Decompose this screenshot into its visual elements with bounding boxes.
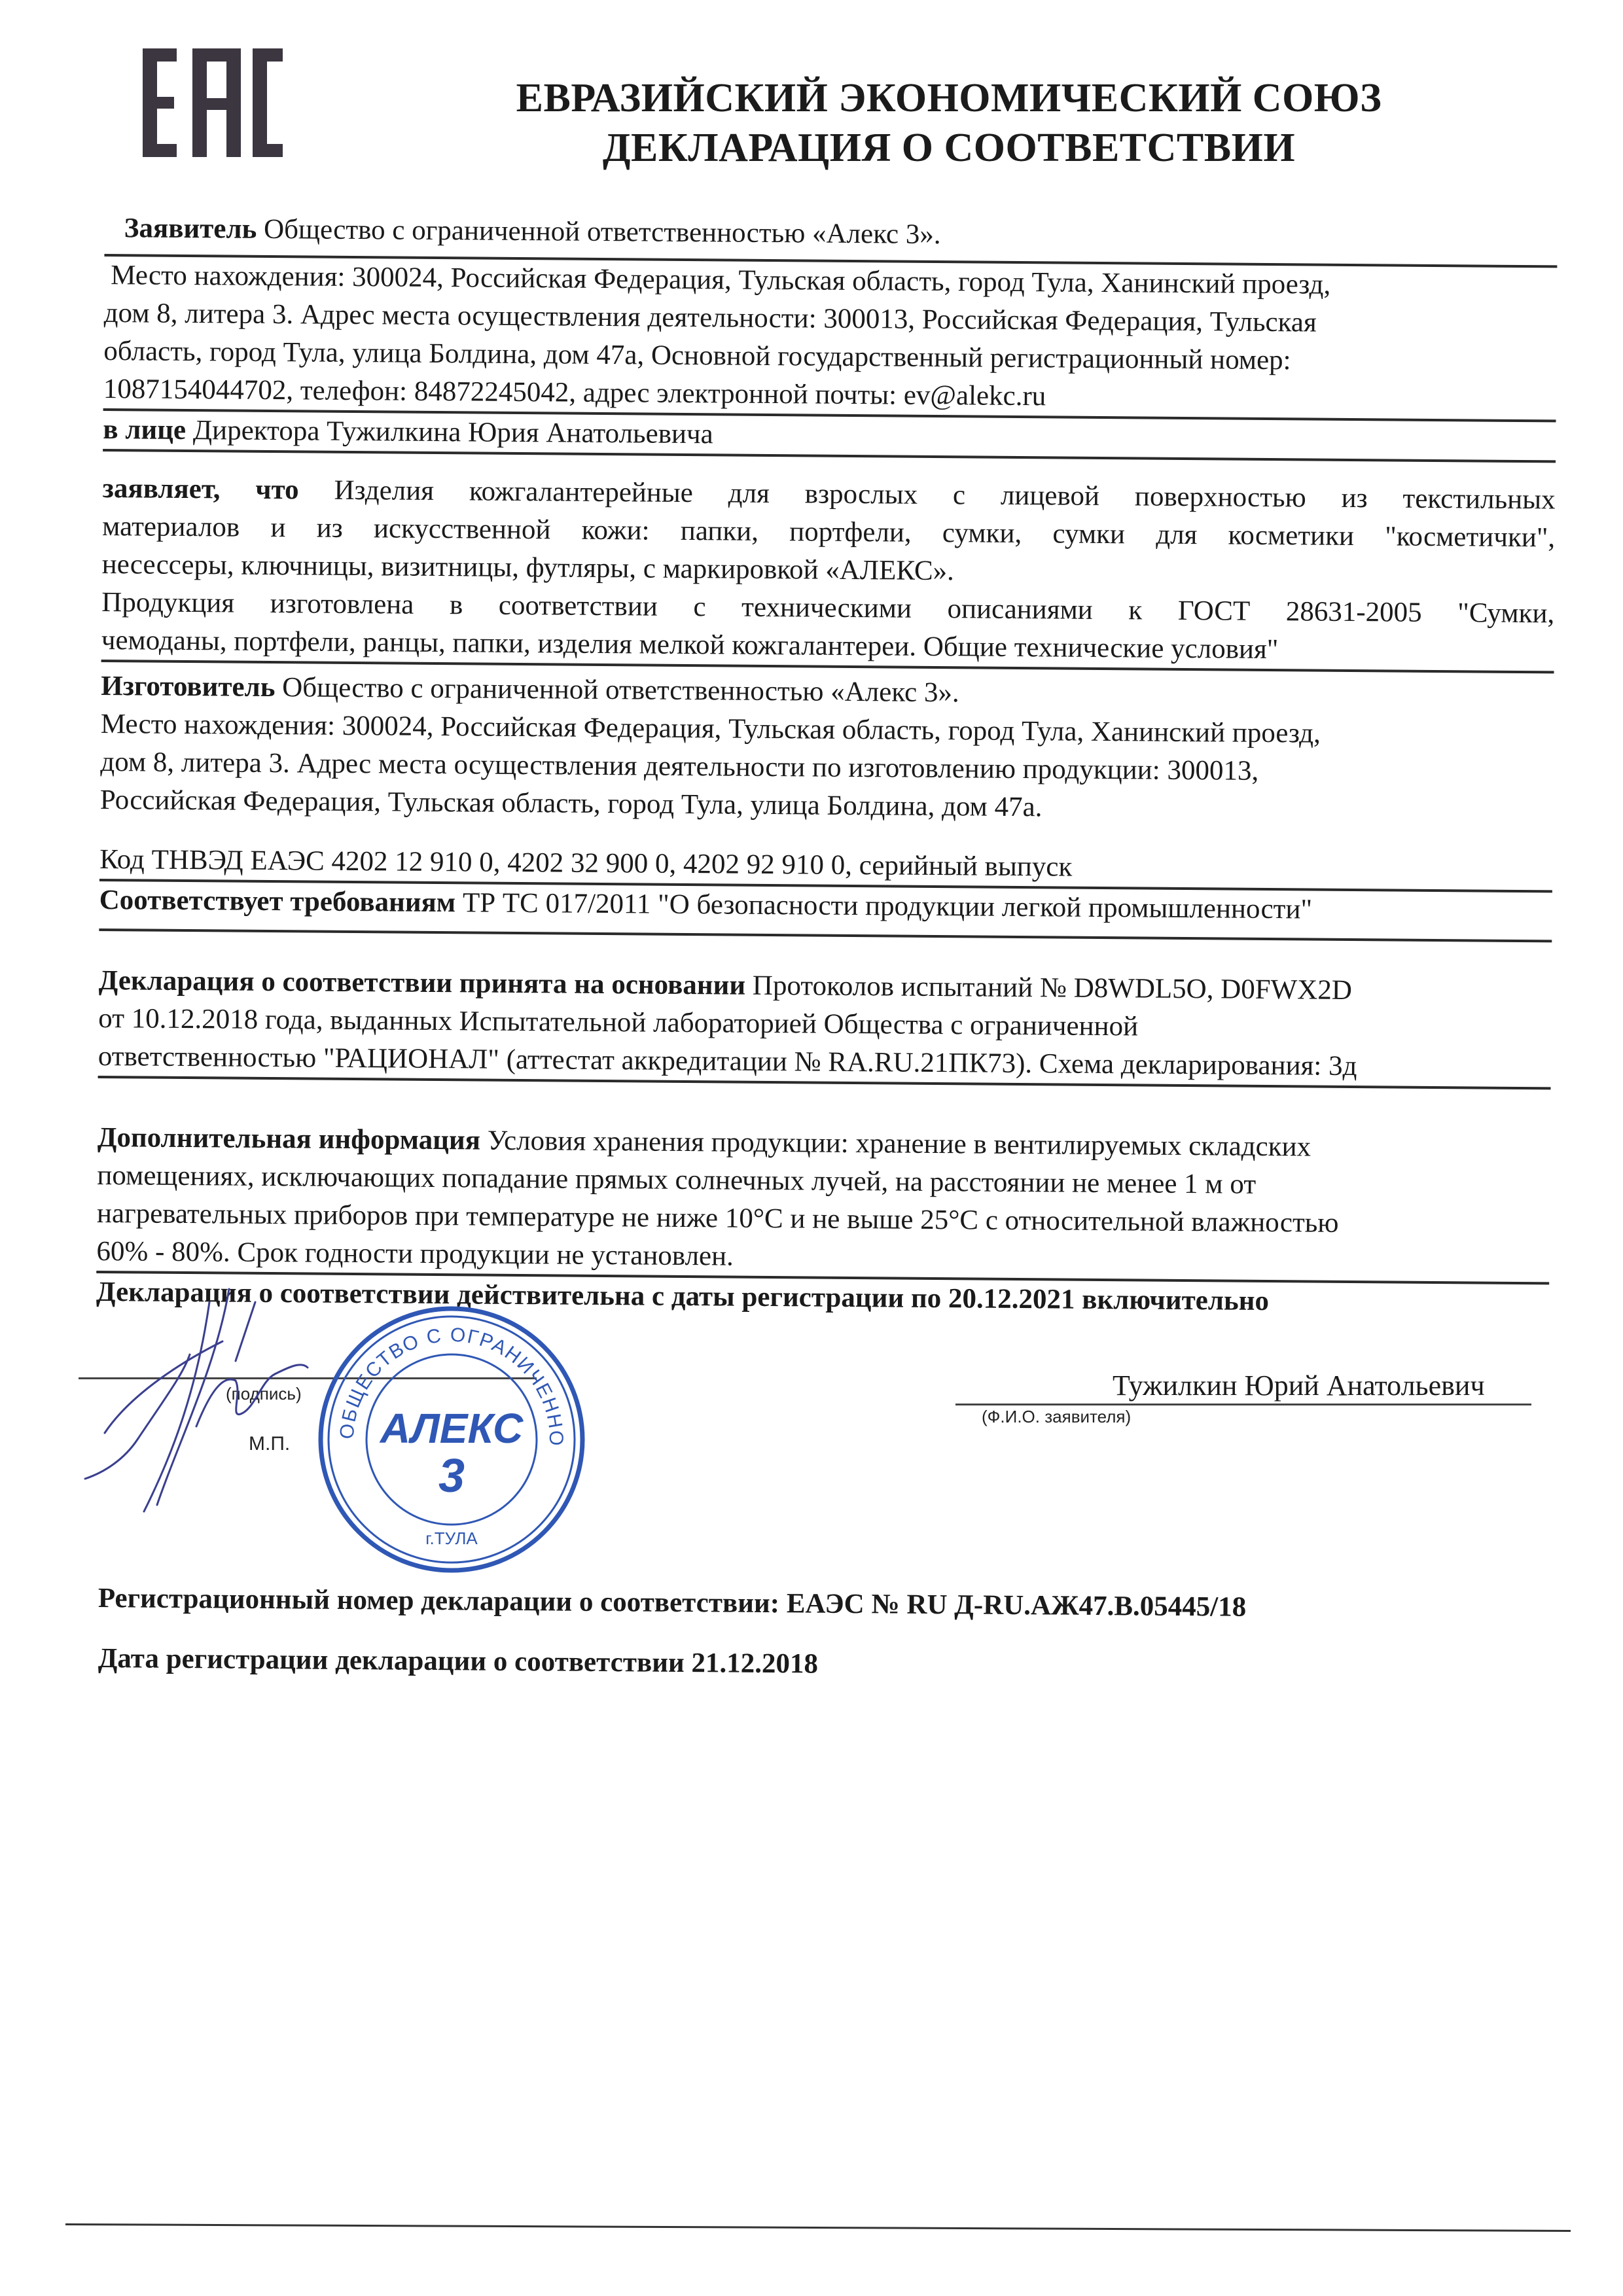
compliance-regulation: ТР ТС 017/2011 "О безопасности продукции…	[463, 887, 1312, 925]
company-stamp-icon: ОБЩЕСТВО С ОГРАНИЧЕННОЙ ОТВЕТСТВЕННОСТЬЮ…	[314, 1302, 589, 1577]
registration-date-label: Дата регистрации декларации о соответств…	[98, 1643, 685, 1678]
divider	[99, 928, 1552, 942]
tnved-section: Код ТНВЭД ЕАЭС 4202 12 910 0, 4202 32 90…	[99, 841, 1552, 942]
represented-by: Директора Тужилкина Юрия Анатольевича	[193, 415, 713, 450]
registration-number-label: Регистрационный номер декларации о соотв…	[98, 1583, 780, 1619]
header-declaration-title: ДЕКЛАРАЦИЯ О СООТВЕТСТВИИ	[458, 123, 1440, 173]
product-description-line: Изделия кожгалантерейные для взрослых с …	[334, 475, 1555, 516]
stamp-city: г.ТУЛА	[425, 1528, 478, 1548]
eac-logo-icon	[139, 46, 283, 160]
name-line	[955, 1404, 1531, 1405]
compliance-label: Соответствует требованиям	[99, 885, 456, 918]
name-caption: (Ф.И.О. заявителя)	[982, 1407, 1131, 1427]
applicant-section: Заявитель Общество с ограниченной ответс…	[103, 209, 1558, 463]
additional-info-label: Дополнительная информация	[98, 1122, 481, 1156]
stamp-number: 3	[438, 1450, 465, 1502]
represented-label: в лице	[103, 414, 186, 446]
manufacturer-section: Изготовитель Общество с ограниченной отв…	[100, 667, 1554, 830]
declares-label: заявляет, что	[102, 473, 298, 505]
manufacturer-label: Изготовитель	[101, 671, 276, 703]
page-bottom-edge-line	[65, 2223, 1571, 2232]
registration-date-row: Дата регистрации декларации о соответств…	[98, 1642, 819, 1680]
document-header: ЕВРАЗИЙСКИЙ ЭКОНОМИЧЕСКИЙ СОЮЗ ДЕКЛАРАЦИ…	[458, 73, 1440, 173]
registration-date: 21.12.2018	[691, 1648, 818, 1680]
stamp-brand: АЛЕКС	[379, 1405, 524, 1452]
declares-section: заявляет, что Изделия кожгалантерейные д…	[101, 470, 1556, 673]
manufacturer-name: Общество с ограниченной ответственностью…	[282, 672, 959, 708]
header-union-title: ЕВРАЗИЙСКИЙ ЭКОНОМИЧЕСКИЙ СОЮЗ	[458, 73, 1440, 123]
basis-section: Декларация о соответствии принята на осн…	[98, 962, 1552, 1089]
applicant-full-name: Тужилкин Юрий Анатольевич	[1113, 1369, 1485, 1402]
basis-line: Протоколов испытаний № D8WDL5O, D0FWX2D	[753, 970, 1352, 1006]
declaration-body: Заявитель Общество с ограниченной ответс…	[105, 209, 1558, 221]
applicant-name: Общество с ограниченной ответственностью…	[264, 214, 941, 250]
basis-label: Декларация о соответствии принята на осн…	[99, 965, 746, 1001]
applicant-label: Заявитель	[124, 213, 257, 245]
registration-number-row: Регистрационный номер декларации о соотв…	[98, 1582, 1247, 1623]
declaration-page: ЕВРАЗИЙСКИЙ ЭКОНОМИЧЕСКИЙ СОЮЗ ДЕКЛАРАЦИ…	[0, 0, 1623, 2296]
registration-number: ЕАЭС № RU Д-RU.АЖ47.В.05445/18	[787, 1588, 1247, 1623]
additional-info-line: Условия хранения продукции: хранение в в…	[488, 1125, 1311, 1163]
